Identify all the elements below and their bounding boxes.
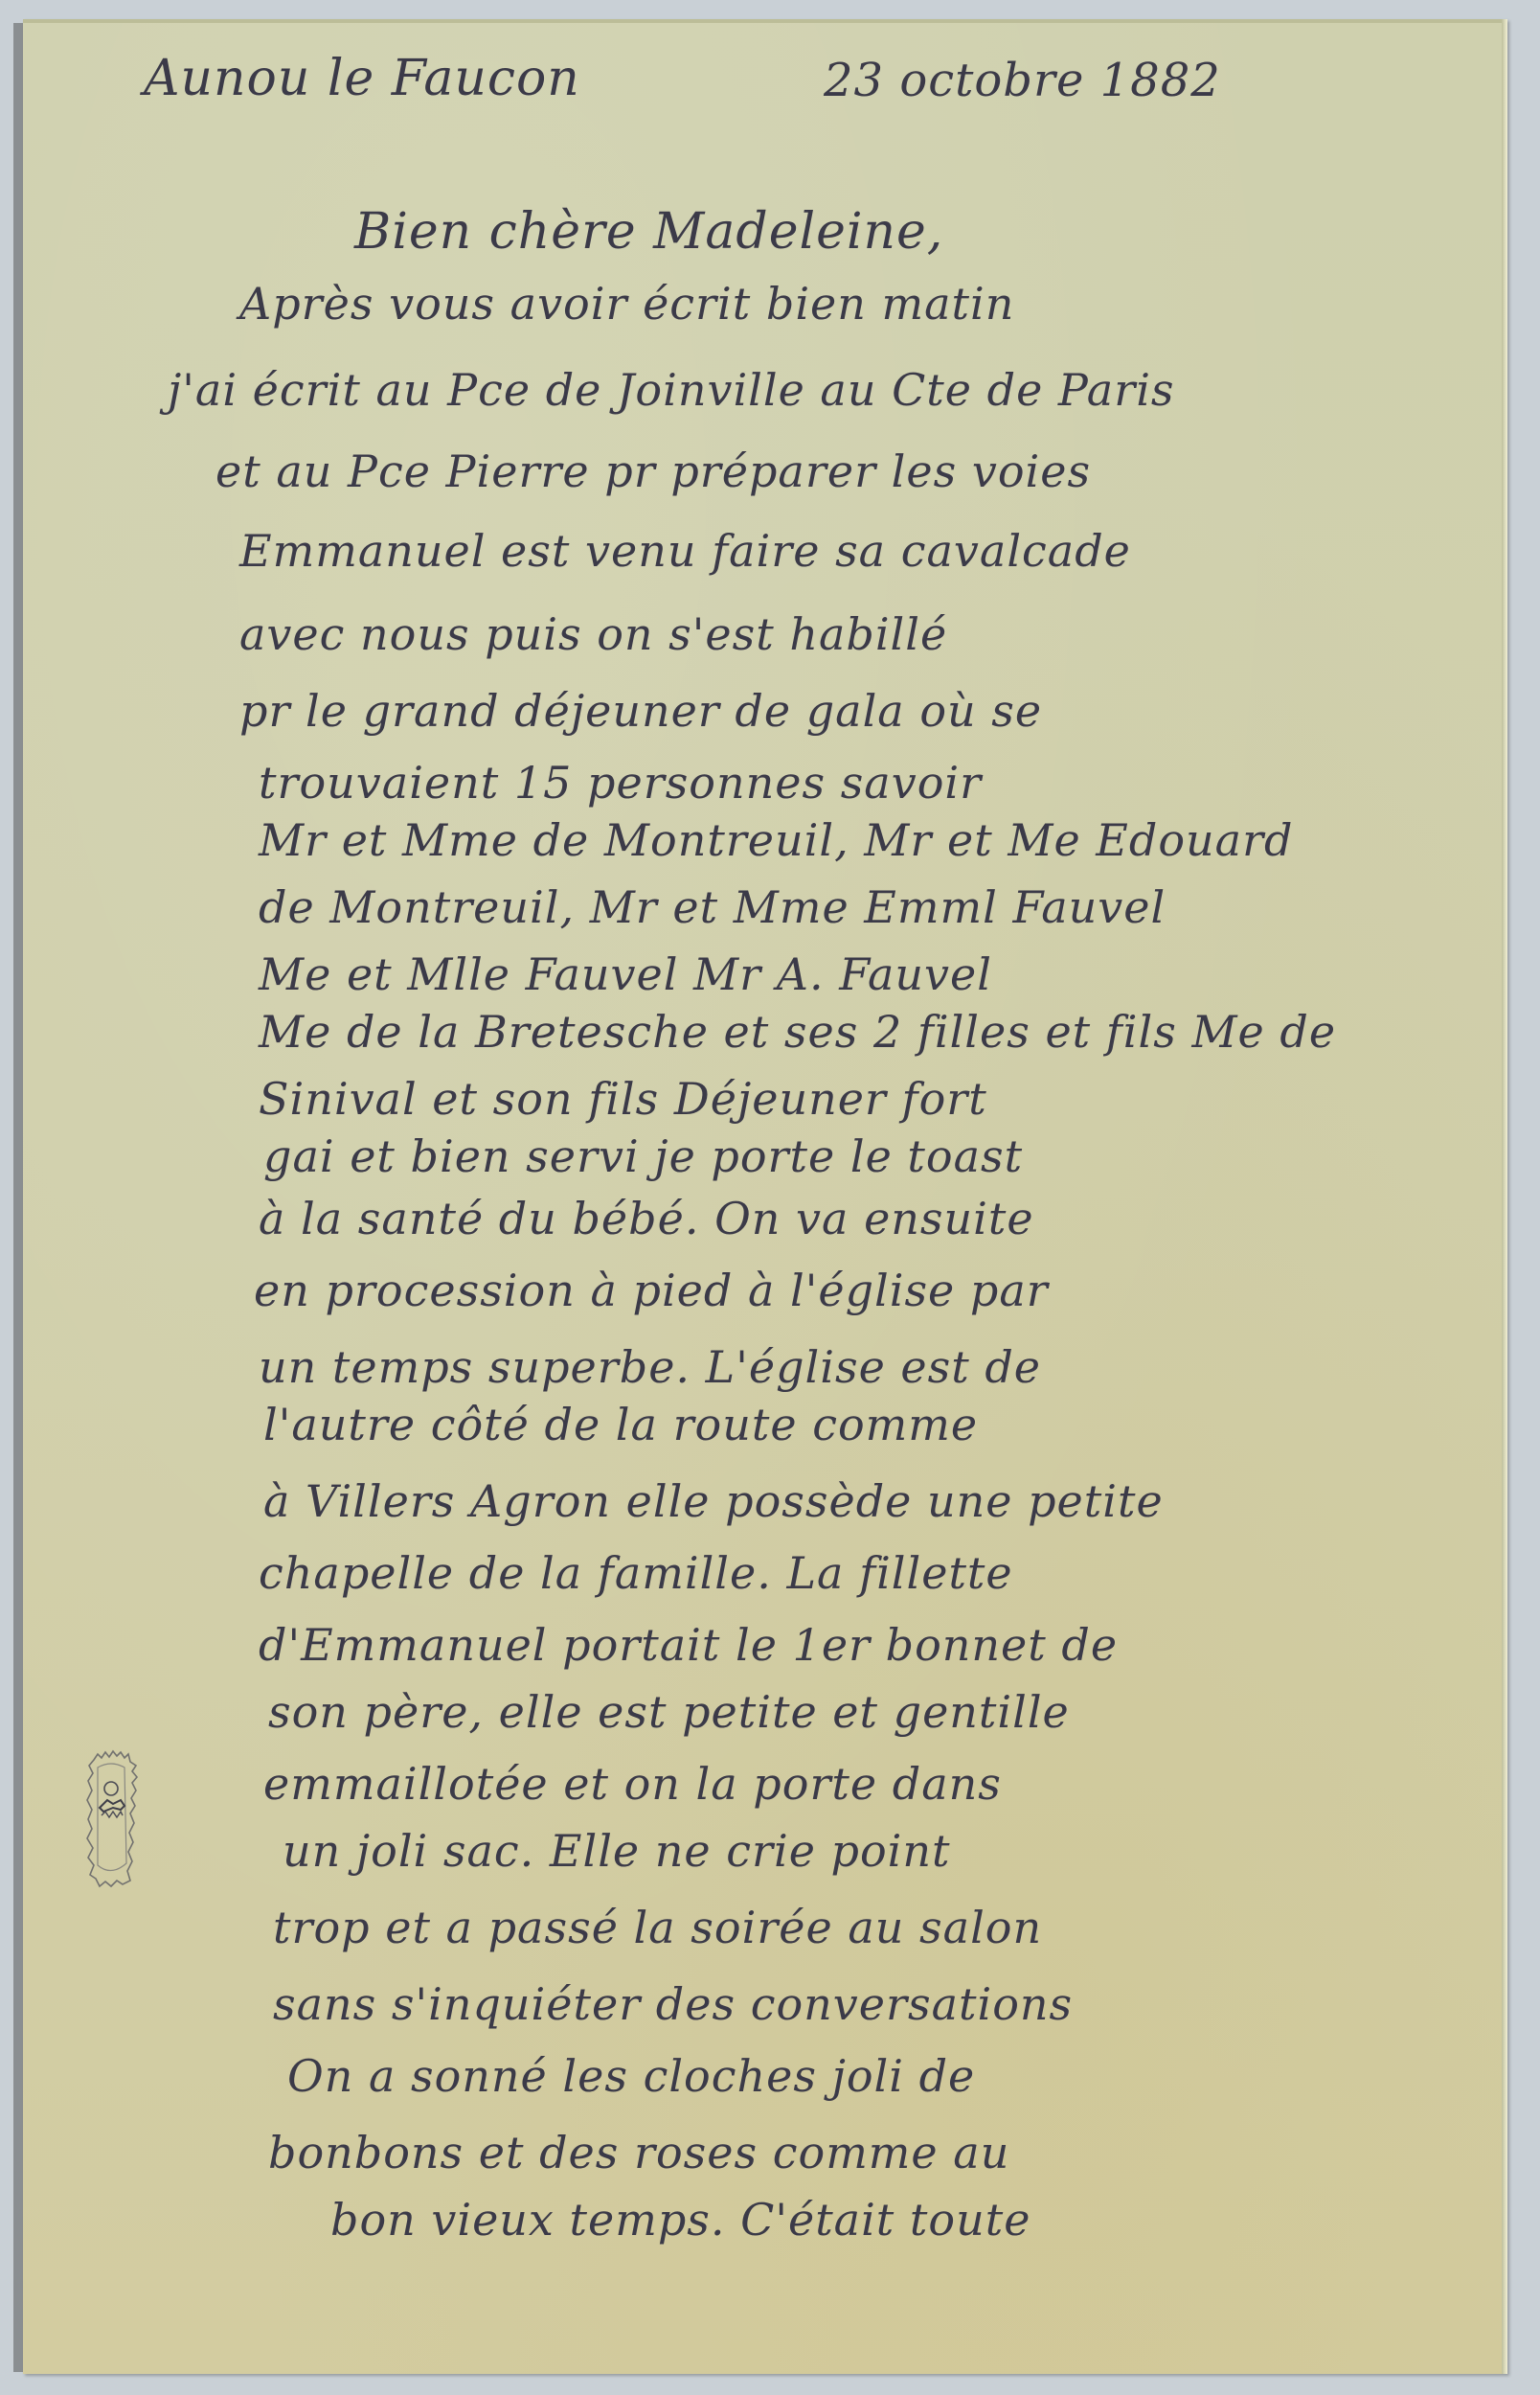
letter-line: bon vieux temps. C'était toute (330, 2194, 1030, 2246)
letter-line: Mr et Mme de Montreuil, Mr et Me Edouard (259, 814, 1294, 866)
letter-line: son père, elle est petite et gentille (268, 1686, 1070, 1738)
letter-line: gai et bien servi je porte le toast (263, 1130, 1023, 1182)
letter-line: emmaillotée et on la porte dans (263, 1758, 1002, 1810)
paper-edge-top (23, 19, 1507, 23)
letter-line: Me de la Bretesche et ses 2 filles et fi… (259, 1006, 1336, 1058)
letter-line: en procession à pied à l'église par (254, 1265, 1049, 1316)
letter-line: trop et a passé la soirée au salon (273, 1902, 1042, 1953)
letter-line: à la santé du bébé. On va ensuite (259, 1193, 1034, 1244)
letter-line: Sinival et son fils Déjeuner fort (259, 1073, 987, 1125)
letter-line: d'Emmanuel portait le 1er bonnet de (259, 1619, 1118, 1671)
letter-line: bonbons et des roses comme au (268, 2127, 1009, 2178)
emblem-sketch-icon (84, 1748, 140, 1892)
letter-line: chapelle de la famille. La fillette (259, 1547, 1013, 1599)
letter-line: avec nous puis on s'est habillé (239, 608, 947, 660)
letter-date: 23 octobre 1882 (824, 54, 1221, 107)
letter-line: à Villers Agron elle possède une petite (263, 1475, 1164, 1527)
letter-line: Emmanuel est venu faire sa cavalcade (239, 525, 1131, 577)
letter-line: de Montreuil, Mr et Mme Emml Fauvel (259, 881, 1166, 933)
letter-line: j'ai écrit au Pce de Joinville au Cte de… (168, 364, 1175, 416)
letter-line: l'autre côté de la route comme (263, 1399, 978, 1450)
letter-line: pr le grand déjeuner de gala où se (239, 685, 1042, 737)
letter-line: Me et Mlle Fauvel Mr A. Fauvel (259, 948, 992, 1000)
letter-line: On a sonné les cloches joli de (287, 2050, 975, 2102)
letter-line: sans s'inquiéter des conversations (273, 1978, 1073, 2030)
letter-salutation: Bien chère Madeleine, (354, 203, 943, 261)
letter-line: Après vous avoir écrit bien matin (239, 278, 1014, 330)
letter-line: un temps superbe. L'église est de (259, 1341, 1041, 1393)
letter-line: un joli sac. Elle ne crie point (283, 1825, 951, 1877)
letter-line: et au Pce Pierre pr préparer les voies (215, 445, 1091, 497)
paper-edge-right (1502, 19, 1507, 2374)
letter-line: trouvaient 15 personnes savoir (259, 757, 982, 809)
letter-place: Aunou le Faucon (144, 50, 580, 107)
